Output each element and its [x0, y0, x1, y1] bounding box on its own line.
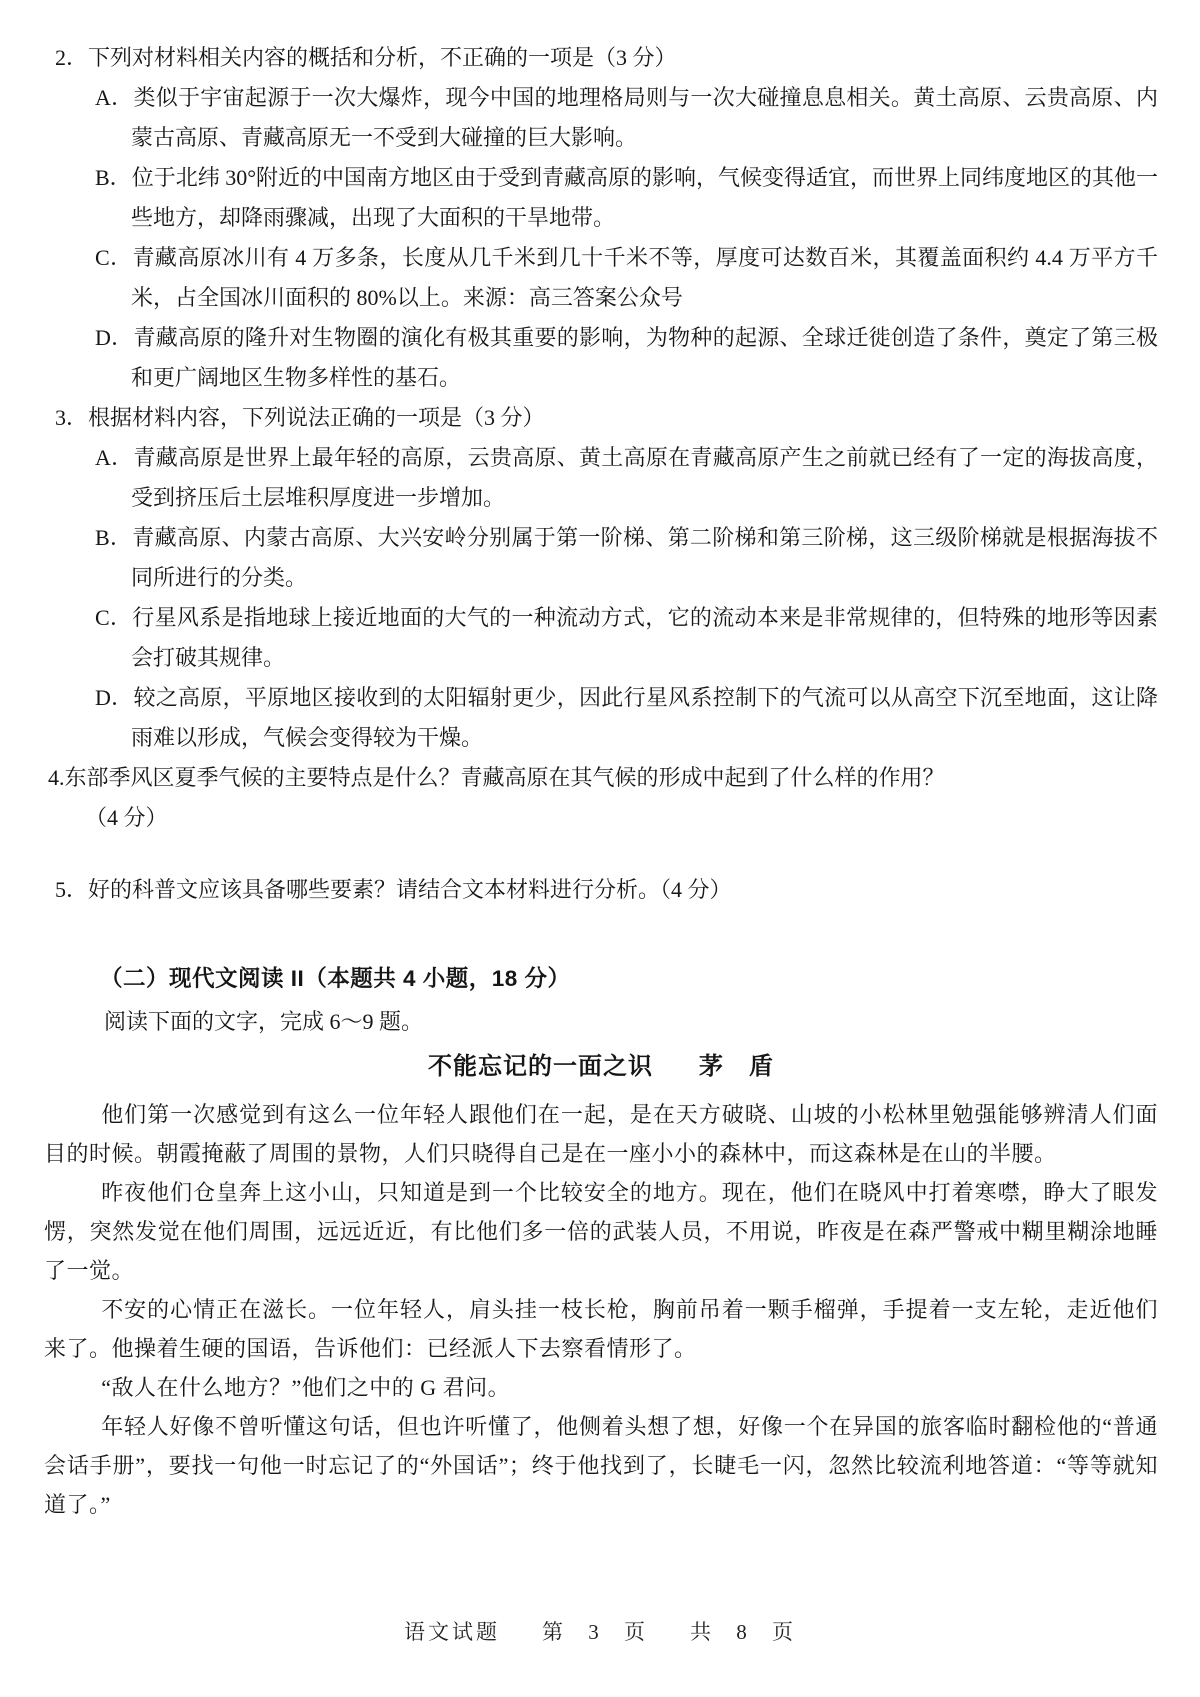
question-2-option-d: D．青藏高原的隆升对生物圈的演化有极其重要的影响，为物种的起源、全球迁徙创造了条… [95, 318, 1158, 398]
question-2-number: 2． [55, 45, 88, 70]
option-label: B． [95, 165, 132, 190]
option-text: 位于北纬 30°附近的中国南方地区由于受到青藏高原的影响，气候变得适宜，而世界上… [131, 165, 1158, 230]
question-5-text: 好的科普文应该具备哪些要素？请结合文本材料进行分析。（4 分） [88, 877, 732, 902]
option-text: 行星风系是指地球上接近地面的大气的一种流动方式，它的流动本来是非常规律的，但特殊… [131, 605, 1158, 670]
exam-page: 2．下列对材料相关内容的概括和分析，不正确的一项是（3 分） A．类似于宇宙起源… [0, 0, 1200, 1697]
story-paragraph-5: 年轻人好像不曾听懂这句话，但也许听懂了，他侧着头想了想，好像一个在异国的旅客临时… [44, 1407, 1158, 1524]
question-2-stem: 2．下列对材料相关内容的概括和分析，不正确的一项是（3 分） [55, 38, 1158, 78]
footer-doc-title: 语文试题 [404, 1616, 500, 1646]
question-3-option-b: B．青藏高原、内蒙古高原、大兴安岭分别属于第一阶梯、第二阶梯和第三阶梯，这三级阶… [95, 518, 1158, 598]
option-label: C． [95, 245, 133, 270]
question-3-option-d: D．较之高原，平原地区接收到的太阳辐射更少，因此行星风系控制下的气流可以从高空下… [95, 678, 1158, 758]
question-4: 4.东部季风区夏季气候的主要特点是什么？青藏高原在其气候的形成中起到了什么样的作… [55, 758, 1158, 838]
story-title-line: 不能忘记的一面之识茅 盾 [44, 1045, 1158, 1089]
question-5: 5．好的科普文应该具备哪些要素？请结合文本材料进行分析。（4 分） [55, 870, 1158, 910]
question-5-stem: 5．好的科普文应该具备哪些要素？请结合文本材料进行分析。（4 分） [55, 870, 1158, 910]
question-4-score: （4 分） [85, 798, 1158, 838]
section-heading: （二）现代文阅读 II（本题共 4 小题，18 分） [44, 958, 1158, 1000]
footer-page-total: 共 8 页 [690, 1616, 796, 1646]
option-text: 青藏高原冰川有 4 万多条，长度从几千米到几十千米不等，厚度可达数百米，其覆盖面… [131, 245, 1158, 310]
modern-reading-2-section: （二）现代文阅读 II（本题共 4 小题，18 分） 阅读下面的文字，完成 6～… [44, 958, 1158, 1524]
story-paragraph-2: 昨夜他们仓皇奔上这小山，只知道是到一个比较安全的地方。现在，他们在晓风中打着寒噤… [44, 1173, 1158, 1290]
question-5-number: 5． [55, 877, 88, 902]
option-label: B． [95, 525, 132, 550]
story-body: 他们第一次感觉到有这么一位年轻人跟他们在一起，是在天方破晓、山坡的小松林里勉强能… [44, 1095, 1158, 1524]
option-text: 较之高原，平原地区接收到的太阳辐射更少，因此行星风系控制下的气流可以从高空下沉至… [131, 685, 1158, 750]
option-text: 青藏高原、内蒙古高原、大兴安岭分别属于第一阶梯、第二阶梯和第三阶梯，这三级阶梯就… [131, 525, 1158, 590]
question-3: 3．根据材料内容，下列说法正确的一项是（3 分） A．青藏高原是世界上最年轻的高… [55, 398, 1158, 758]
question-3-option-a: A．青藏高原是世界上最年轻的高原，云贵高原、黄土高原在青藏高原产生之前就已经有了… [95, 438, 1158, 518]
question-2: 2．下列对材料相关内容的概括和分析，不正确的一项是（3 分） A．类似于宇宙起源… [55, 38, 1158, 398]
story-paragraph-1: 他们第一次感觉到有这么一位年轻人跟他们在一起，是在天方破晓、山坡的小松林里勉强能… [44, 1095, 1158, 1173]
reading-instruction: 阅读下面的文字，完成 6～9 题。 [44, 1000, 1158, 1043]
footer-page-number: 第 3 页 [542, 1616, 648, 1646]
option-label: A． [95, 85, 133, 110]
option-text: 类似于宇宙起源于一次大爆炸，现今中国的地理格局则与一次大碰撞息息相关。黄土高原、… [131, 85, 1158, 150]
question-2-text: 下列对材料相关内容的概括和分析，不正确的一项是（3 分） [88, 45, 677, 70]
story-paragraph-3: 不安的心情正在滋长。一位年轻人，肩头挂一枝长枪，胸前吊着一颗手榴弹，手提着一支左… [44, 1290, 1158, 1368]
option-label: D． [95, 685, 133, 710]
question-4-number: 4. [48, 765, 65, 790]
question-3-number: 3． [55, 405, 88, 430]
option-label: D． [95, 325, 133, 350]
question-2-option-a: A．类似于宇宙起源于一次大爆炸，现今中国的地理格局则与一次大碰撞息息相关。黄土高… [95, 78, 1158, 158]
question-3-text: 根据材料内容，下列说法正确的一项是（3 分） [88, 405, 545, 430]
question-2-option-b: B．位于北纬 30°附近的中国南方地区由于受到青藏高原的影响，气候变得适宜，而世… [95, 158, 1158, 238]
story-paragraph-4: “敌人在什么地方？”他们之中的 G 君问。 [44, 1368, 1158, 1407]
option-label: C． [95, 605, 132, 630]
question-4-text: 东部季风区夏季气候的主要特点是什么？青藏高原在其气候的形成中起到了什么样的作用？ [65, 765, 945, 790]
page-footer: 语文试题 第 3 页 共 8 页 [0, 1616, 1200, 1646]
option-text: 青藏高原是世界上最年轻的高原，云贵高原、黄土高原在青藏高原产生之前就已经有了一定… [131, 445, 1158, 510]
option-label: A． [95, 445, 133, 470]
question-3-option-c: C．行星风系是指地球上接近地面的大气的一种流动方式，它的流动本来是非常规律的，但… [95, 598, 1158, 678]
question-2-option-c: C．青藏高原冰川有 4 万多条，长度从几千米到几十千米不等，厚度可达数百米，其覆… [95, 238, 1158, 318]
question-4-stem: 4.东部季风区夏季气候的主要特点是什么？青藏高原在其气候的形成中起到了什么样的作… [48, 758, 1158, 798]
option-text: 青藏高原的隆升对生物圈的演化有极其重要的影响，为物种的起源、全球迁徙创造了条件，… [131, 325, 1158, 390]
story-title: 不能忘记的一面之识 [428, 1053, 653, 1080]
story-author: 茅 盾 [699, 1053, 774, 1080]
question-area: 2．下列对材料相关内容的概括和分析，不正确的一项是（3 分） A．类似于宇宙起源… [55, 38, 1158, 910]
question-3-stem: 3．根据材料内容，下列说法正确的一项是（3 分） [55, 398, 1158, 438]
